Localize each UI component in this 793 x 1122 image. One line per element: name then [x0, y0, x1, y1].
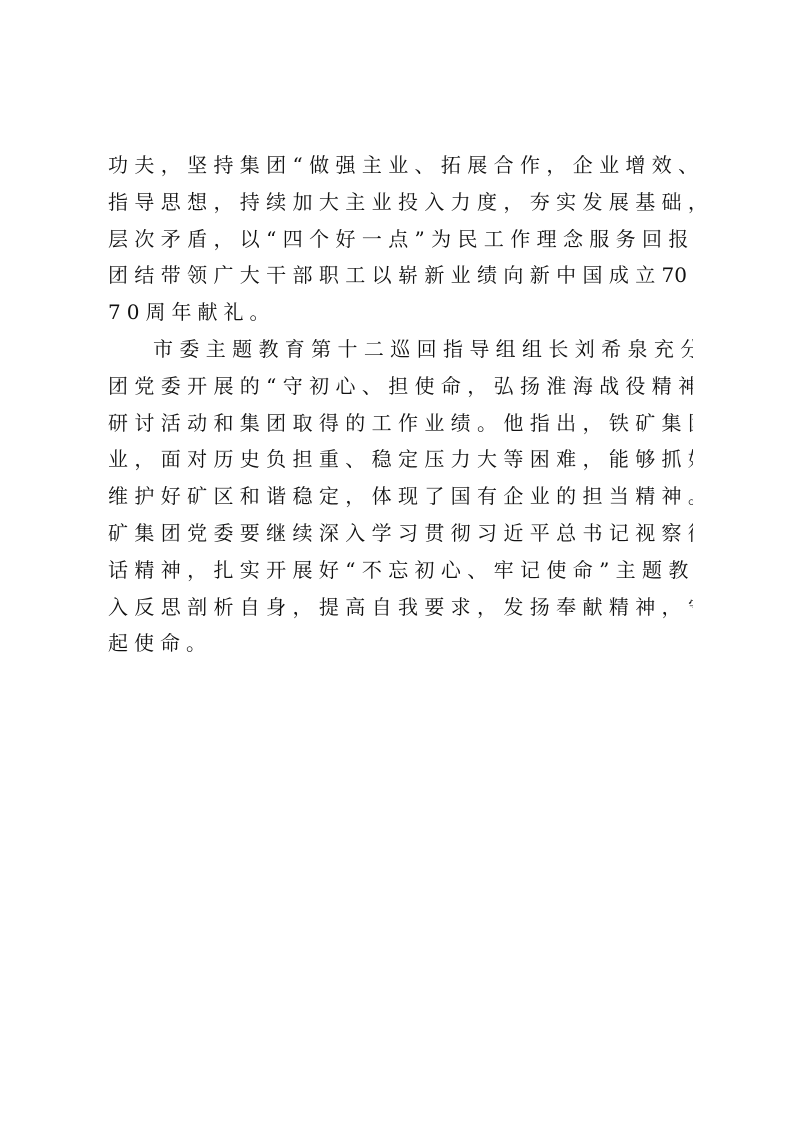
paragraph-line: 团 党 委 开 展 的 “ 守 初 心 、 担 使 命 ， 弘 扬 淮 海 战 … [108, 368, 693, 405]
paragraph-line: 团 结 带 领 广 大 干 部 职 工 以 崭 新 业 绩 向 新 中 国 成 … [108, 257, 693, 294]
paragraph-line: 维 护 好 矿 区 和 谐 稳 定 ， 体 现 了 国 有 企 业 的 担 当 … [108, 478, 693, 515]
document-body: 功 夫 ， 坚 持 集 团 “ 做 强 主 业 、 拓 展 合 作 ， 企 业 … [108, 147, 693, 662]
paragraph-line: 功 夫 ， 坚 持 集 团 “ 做 强 主 业 、 拓 展 合 作 ， 企 业 … [108, 147, 693, 184]
paragraph-line: 70周年献礼。 [108, 294, 693, 331]
paragraph-line: 市 委 主 题 教 育 第 十 二 巡 回 指 导 组 组 长 刘 希 泉 充 … [108, 331, 693, 368]
paragraph-line: 话 精 神 ， 扎 实 开 展 好 “ 不 忘 初 心 、 牢 记 使 命 ” … [108, 552, 693, 589]
paragraph-line: 研 讨 活 动 和 集 团 取 得 的 工 作 业 绩 。 他 指 出 ， 铁 … [108, 405, 693, 442]
paragraph-line: 指 导 思 想 ， 持 续 加 大 主 业 投 入 力 度 ， 夯 实 发 展 … [108, 184, 693, 221]
paragraph-line: 入 反 思 剖 析 自 身 ， 提 高 自 我 要 求 ， 发 扬 奉 献 精 … [108, 589, 693, 626]
paragraph-line: 矿 集 团 党 委 要 继 续 深 入 学 习 贯 彻 习 近 平 总 书 记 … [108, 515, 693, 552]
document-page: 功 夫 ， 坚 持 集 团 “ 做 强 主 业 、 拓 展 合 作 ， 企 业 … [0, 0, 793, 1122]
paragraph-1: 功 夫 ， 坚 持 集 团 “ 做 强 主 业 、 拓 展 合 作 ， 企 业 … [108, 147, 693, 331]
paragraph-line: 业 ， 面 对 历 史 负 担 重 、 稳 定 压 力 大 等 困 难 ， 能 … [108, 441, 693, 478]
paragraph-2: 市 委 主 题 教 育 第 十 二 巡 回 指 导 组 组 长 刘 希 泉 充 … [108, 331, 693, 662]
paragraph-line: 层 次 矛 盾 ， 以 “ 四 个 好 一 点 ” 为 民 工 作 理 念 服 … [108, 221, 693, 258]
paragraph-line: 起使命。 [108, 625, 693, 662]
